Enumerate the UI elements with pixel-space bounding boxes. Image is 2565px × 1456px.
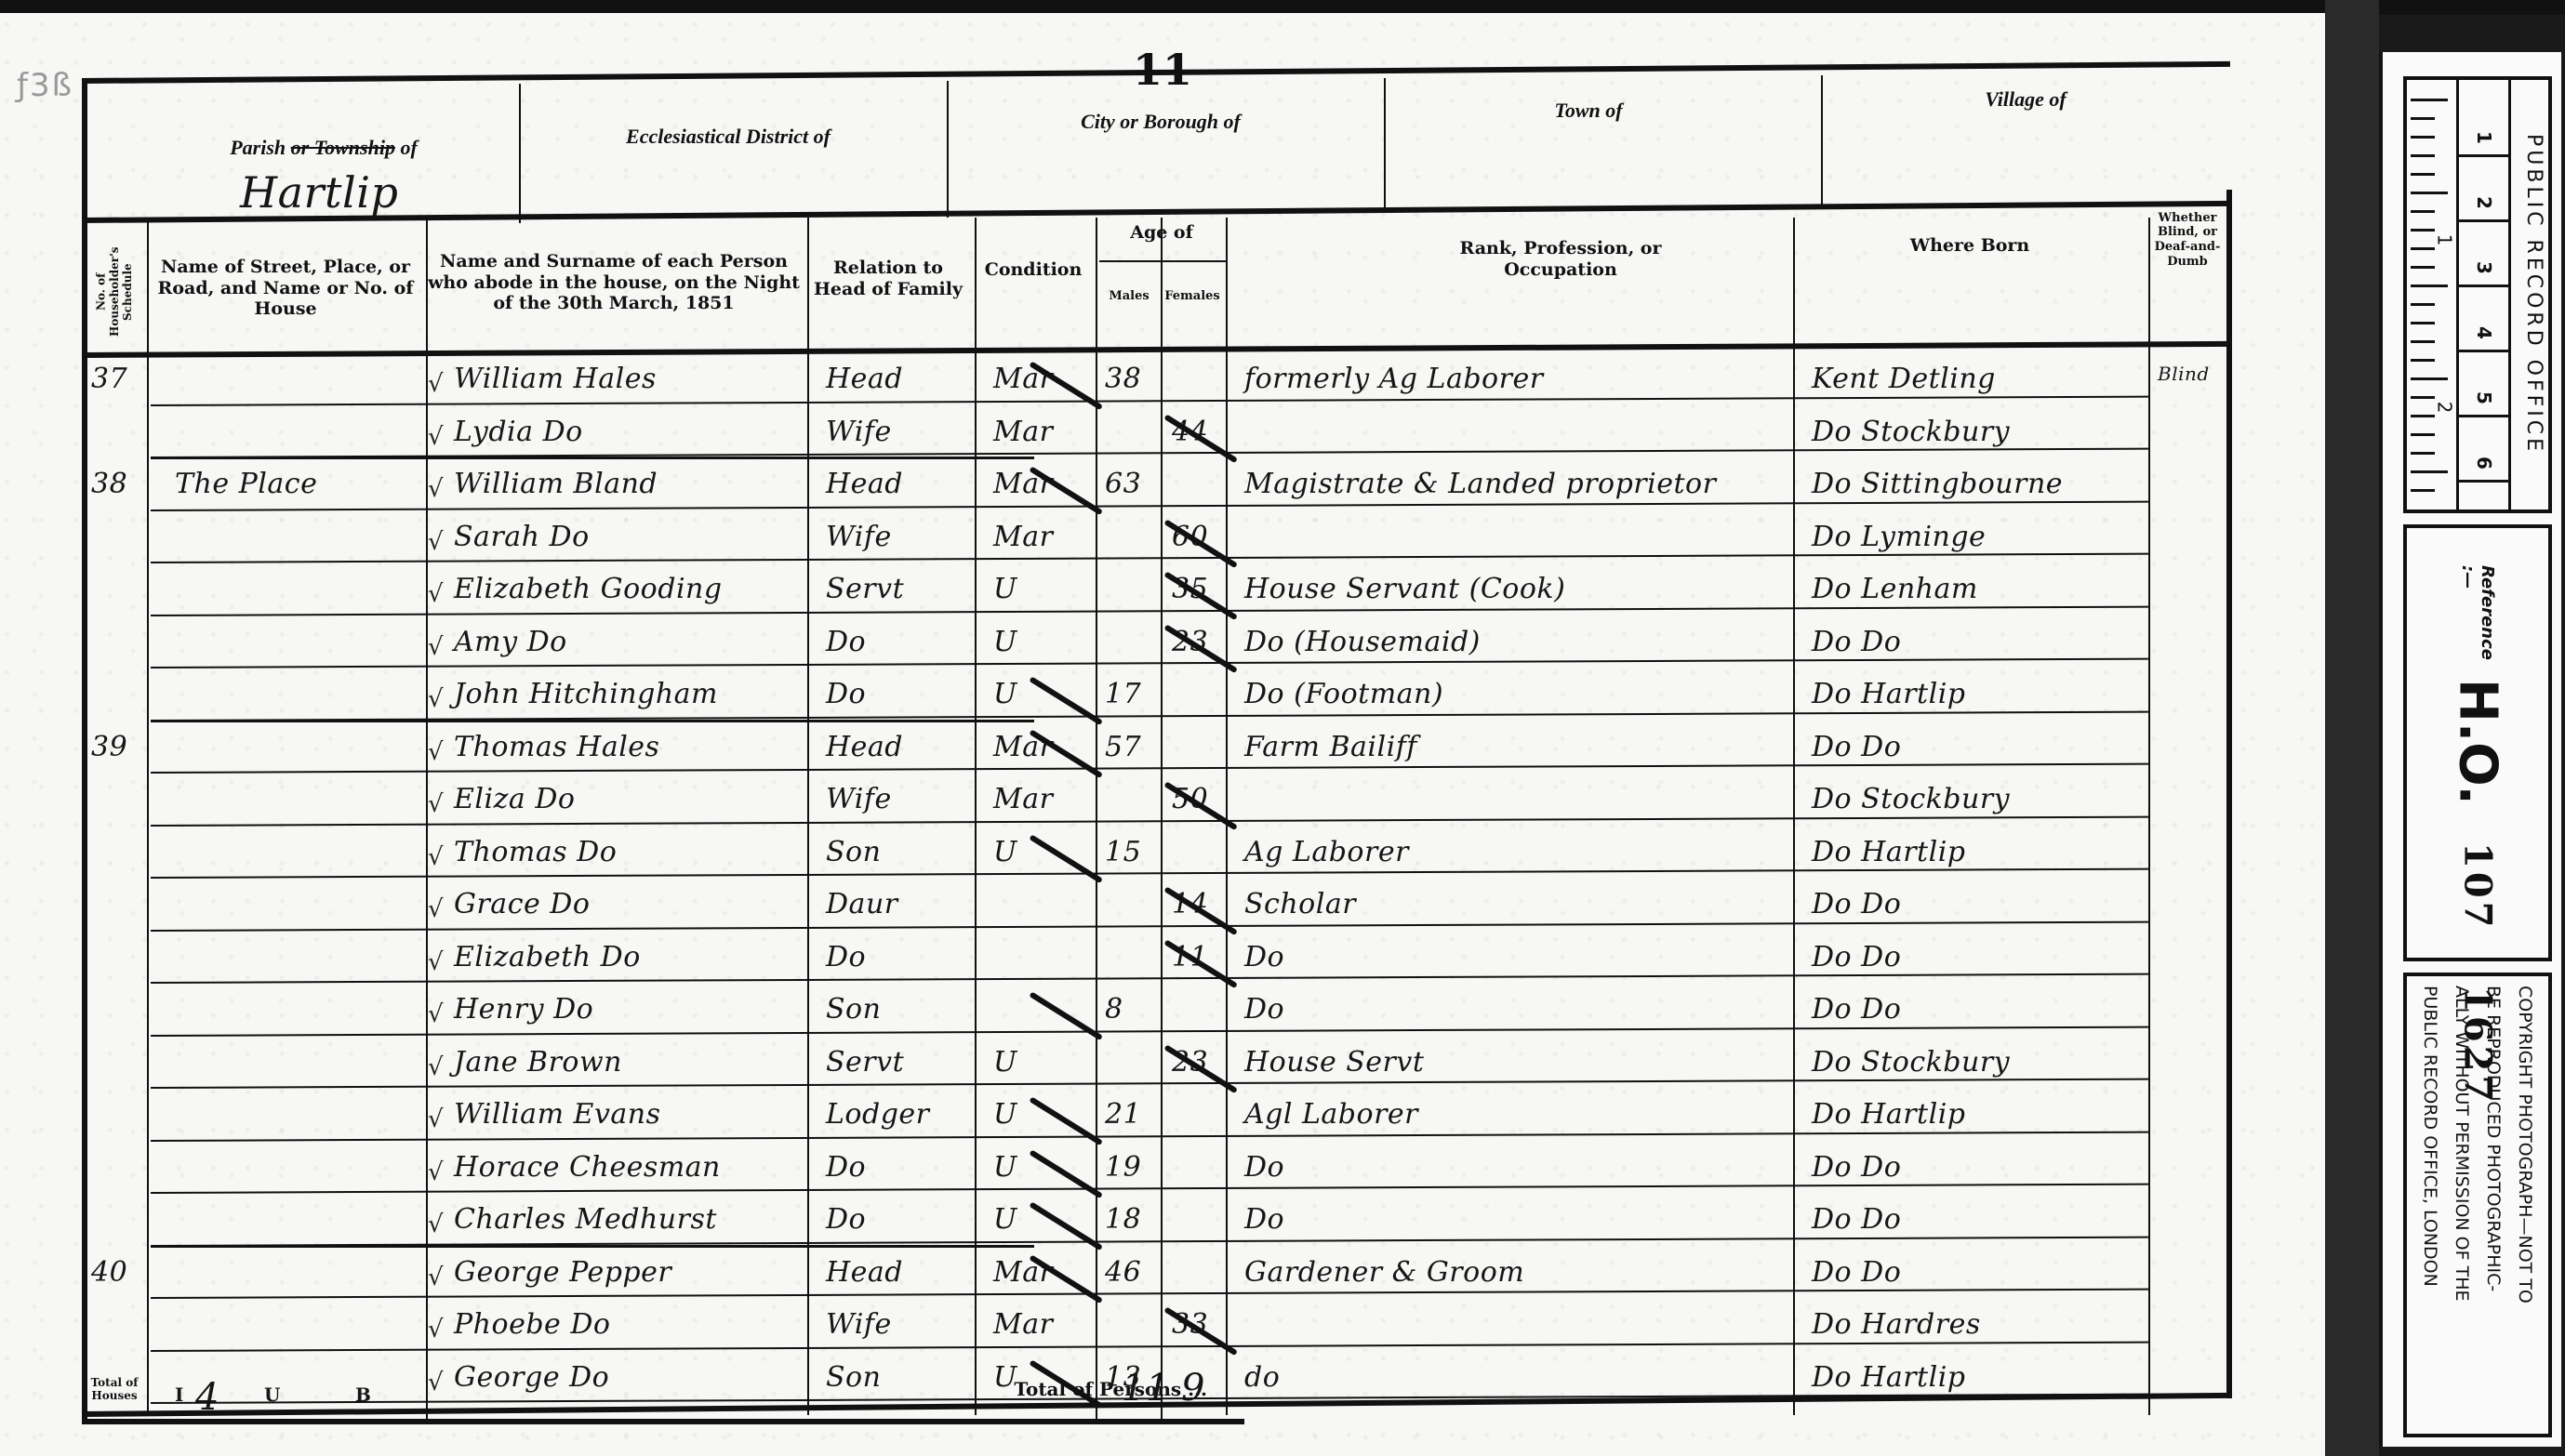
male-age: 21 — [1105, 1098, 1141, 1131]
scale-tick — [2411, 433, 2435, 436]
scale-cm-rule — [2459, 285, 2511, 287]
relation-to-head: Son — [826, 1361, 881, 1394]
marital-condition: Mar — [993, 416, 1053, 448]
row-rule — [151, 973, 2148, 984]
scale-cm-rule — [2459, 219, 2511, 222]
tally-stroke — [1029, 834, 1103, 883]
male-age: 19 — [1105, 1151, 1141, 1184]
occupation: Do (Housemaid) — [1244, 626, 1481, 658]
check-mark-icon: √ — [428, 1369, 444, 1396]
birthplace: Do Lyminge — [1812, 521, 1986, 553]
occupation: Ag Laborer — [1244, 836, 1409, 868]
male-age: 17 — [1105, 678, 1141, 710]
person-name: Jane Brown — [454, 1046, 622, 1079]
check-mark-icon: √ — [428, 1211, 444, 1238]
scale-tick — [2411, 192, 2448, 194]
check-mark-icon: √ — [428, 580, 444, 608]
scale-tick — [2411, 210, 2435, 213]
scale-tick — [2411, 247, 2435, 250]
occupation: do — [1244, 1361, 1280, 1394]
scale-tick — [2411, 136, 2435, 139]
marital-condition: U — [993, 836, 1017, 868]
check-mark-icon: √ — [428, 1316, 444, 1343]
person-name: Phoebe Do — [454, 1308, 610, 1341]
col-head-females: Females — [1161, 264, 1224, 329]
scale-tick — [2411, 285, 2448, 287]
pro-title: PUBLIC RECORD OFFICE — [2511, 80, 2556, 510]
person-name: Charles Medhurst — [454, 1203, 717, 1236]
check-mark-icon: √ — [428, 685, 444, 713]
scale-tick — [2411, 266, 2435, 269]
male-age: 38 — [1105, 363, 1141, 395]
row-rule — [151, 920, 2148, 931]
scale-tick — [2411, 117, 2435, 120]
occupation: Do (Footman) — [1244, 678, 1443, 710]
person-name: John Hitchingham — [454, 678, 718, 710]
reference-box: Reference :— H.O. 107 1627 — [2403, 524, 2552, 961]
occupation: Do — [1244, 1203, 1284, 1236]
scale-cm-rule — [2459, 350, 2511, 352]
birthplace: Kent Detling — [1812, 363, 1996, 395]
birthplace: Do Do — [1812, 1151, 1901, 1184]
relation-to-head: Daur — [826, 888, 898, 920]
occupation: Farm Bailiff — [1244, 731, 1417, 763]
check-mark-icon: √ — [428, 528, 444, 556]
person-name: William Bland — [454, 468, 658, 500]
scale-tick — [2411, 99, 2448, 101]
scale-tick — [2411, 359, 2435, 362]
column-rule — [1226, 218, 1228, 1415]
male-age: 8 — [1105, 993, 1123, 1026]
check-mark-icon: √ — [428, 370, 444, 398]
male-age: 46 — [1105, 1256, 1141, 1289]
relation-to-head: Do — [826, 1151, 866, 1184]
occupation: Do — [1244, 941, 1284, 973]
right-border — [2226, 190, 2232, 1398]
scale-tick — [2411, 470, 2448, 473]
relation-to-head: Wife — [826, 416, 892, 448]
birthplace: Do Do — [1812, 1203, 1901, 1236]
relation-to-head: Head — [826, 1256, 903, 1289]
check-mark-icon: √ — [428, 1053, 444, 1081]
census-form: Parish or Township of Hartlip Ecclesiast… — [82, 78, 2230, 1426]
scale-inch-label: 2 — [2433, 402, 2455, 414]
row-rule — [151, 763, 2148, 774]
tally-stroke — [1029, 676, 1103, 725]
check-mark-icon: √ — [428, 948, 444, 976]
col-head-street: Name of Street, Place, or Road, and Name… — [151, 223, 420, 353]
copyright-line: ALLY WITHOUT PERMISSION OF THE — [2446, 986, 2478, 1424]
male-age: 57 — [1105, 731, 1141, 763]
tally-stroke — [1029, 1201, 1103, 1251]
birthplace: Do Do — [1812, 888, 1901, 920]
col-head-schedule: No. of Householder's Schedule — [86, 227, 143, 357]
relation-to-head: Servt — [826, 1046, 904, 1079]
relation-to-head: Do — [826, 678, 866, 710]
col-head-name: Name and Surname of each Person who abod… — [428, 218, 800, 348]
left-border — [82, 78, 87, 1424]
row-rule — [151, 1079, 2148, 1089]
col-head-where-born: Where Born — [1793, 180, 2146, 311]
birthplace: Do Do — [1812, 731, 1901, 763]
birthplace: Do Hartlip — [1812, 1361, 1966, 1394]
relation-to-head: Head — [826, 468, 903, 500]
scale-tick — [2411, 229, 2435, 232]
occupation: formerly Ag Laborer — [1244, 363, 1544, 395]
col-head-blind-deaf: Whether Blind, or Deaf-and-Dumb — [2148, 175, 2226, 305]
measuring-scale: 12 123456 PUBLIC RECORD OFFICE — [2403, 76, 2552, 513]
relation-to-head: Head — [826, 363, 903, 395]
check-mark-icon: √ — [428, 738, 444, 766]
scale-tick — [2411, 452, 2435, 455]
scale-ticks: 12 — [2407, 80, 2459, 510]
town-label: Town of — [1384, 99, 1793, 123]
male-age: 63 — [1105, 468, 1141, 500]
occupation: Do — [1244, 1151, 1284, 1184]
relation-to-head: Lodger — [826, 1098, 930, 1131]
schedule-number: 40 — [91, 1256, 127, 1289]
copyright-line: PUBLIC RECORD OFFICE, LONDON — [2414, 986, 2446, 1424]
person-name: William Hales — [454, 363, 657, 395]
header-separator — [947, 81, 949, 218]
check-mark-icon: √ — [428, 895, 444, 923]
person-name: Horace Cheesman — [454, 1151, 721, 1184]
birthplace: Do Hartlip — [1812, 836, 1966, 868]
birthplace: Do Stockbury — [1812, 783, 2010, 815]
scale-cm-label: 6 — [2473, 457, 2495, 470]
person-name: George Pepper — [454, 1256, 671, 1289]
row-rule — [151, 553, 2148, 563]
row-rule — [151, 395, 2148, 405]
relation-to-head: Wife — [826, 521, 892, 553]
occupation: Do — [1244, 993, 1284, 1026]
birthplace: Do Hartlip — [1812, 678, 1966, 710]
col-head-relation: Relation to Head of Family — [809, 214, 967, 344]
row-rule — [151, 658, 2148, 668]
total-houses-label: Total of Houses — [86, 1361, 143, 1417]
check-mark-icon: √ — [428, 1264, 444, 1291]
check-mark-icon: √ — [428, 633, 444, 661]
scale-numbers: 123456 — [2459, 80, 2511, 510]
footer-rule — [82, 1419, 1244, 1424]
relation-to-head: Head — [826, 731, 903, 763]
occupation: Agl Laborer — [1244, 1098, 1418, 1131]
person-name: William Evans — [454, 1098, 661, 1131]
copyright-line: BE REPRODUCED PHOTOGRAPHIC- — [2478, 986, 2509, 1424]
footer-column-rule — [426, 1415, 428, 1419]
row-rule — [151, 868, 2148, 879]
marital-condition: Mar — [993, 783, 1053, 815]
marital-condition: U — [993, 678, 1017, 710]
scale-tick — [2411, 322, 2435, 324]
person-name: Elizabeth Do — [454, 941, 641, 973]
check-mark-icon: √ — [428, 475, 444, 503]
header-separator — [1384, 78, 1386, 212]
birthplace: Do Do — [1812, 626, 1901, 658]
row-rule — [151, 1184, 2148, 1194]
ecclesiastical-district-label: Ecclesiastical District of — [519, 125, 937, 149]
schedule-number: 39 — [91, 731, 127, 763]
village-label: Village of — [1821, 87, 2230, 112]
city-borough-label: City or Borough of — [956, 110, 1365, 134]
relation-to-head: Servt — [826, 573, 904, 605]
person-name: Henry Do — [454, 993, 593, 1026]
birthplace: Do Hartlip — [1812, 1098, 1966, 1131]
marital-condition: Mar — [993, 1256, 1053, 1289]
reference-label: Reference :— — [2458, 565, 2497, 660]
scale-cm-rule — [2459, 415, 2511, 417]
scale-cm-label: 3 — [2473, 261, 2495, 274]
corner-mark: ƒ3ß — [17, 67, 73, 104]
row-rule — [151, 500, 2148, 510]
male-age: 15 — [1105, 836, 1141, 868]
parish-label: Parish or Township of — [138, 136, 510, 160]
schedule-number: 37 — [91, 363, 127, 395]
birthplace: Do Hardres — [1812, 1308, 1981, 1341]
household-divider — [151, 457, 1034, 459]
parish-value: Hartlip — [240, 167, 398, 218]
scale-tick — [2411, 340, 2435, 343]
header-separator — [1821, 75, 1823, 206]
scale-tick — [2411, 396, 2435, 399]
marital-condition: U — [993, 1203, 1017, 1236]
occupation: Scholar — [1244, 888, 1356, 920]
relation-to-head: Wife — [826, 783, 892, 815]
scale-tick — [2411, 415, 2435, 417]
relation-to-head: Wife — [826, 1308, 892, 1341]
row-rule — [151, 1026, 2148, 1036]
household-divider — [151, 720, 1034, 722]
birthplace: Do Lenham — [1812, 573, 1978, 605]
col-head-condition: Condition — [977, 214, 1090, 325]
marital-condition: Mar — [993, 731, 1053, 763]
column-rule — [1161, 218, 1163, 1415]
row-rule — [151, 1289, 2148, 1299]
scale-cm-label: 2 — [2473, 196, 2495, 209]
occupation: Magistrate & Landed proprietor — [1244, 468, 1716, 500]
check-mark-icon: √ — [428, 423, 444, 451]
row-rule — [151, 815, 2148, 826]
marital-condition: U — [993, 1361, 1017, 1394]
marital-condition: U — [993, 1046, 1017, 1079]
street-name: The Place — [175, 468, 317, 500]
occupation: House Servt — [1244, 1046, 1424, 1079]
person-name: Thomas Do — [454, 836, 617, 868]
row-rule — [151, 1341, 2148, 1351]
birthplace: Do Do — [1812, 1256, 1901, 1289]
birthplace: Do Stockbury — [1812, 416, 2010, 448]
person-name: Amy Do — [454, 626, 567, 658]
person-name: Sarah Do — [454, 521, 590, 553]
check-mark-icon: √ — [428, 1000, 444, 1028]
copyright-line: COPYRIGHT PHOTOGRAPH—NOT TO — [2509, 986, 2541, 1424]
check-mark-icon: √ — [428, 1158, 444, 1186]
scale-cm-label: 1 — [2473, 131, 2495, 144]
public-record-office-strip: 12 123456 PUBLIC RECORD OFFICE Reference… — [2379, 52, 2561, 1447]
tally-stroke — [1029, 991, 1103, 1040]
row-rule — [151, 1131, 2148, 1141]
check-mark-icon: √ — [428, 1105, 444, 1133]
column-rule — [975, 218, 977, 1415]
scale-tick — [2411, 173, 2435, 176]
scale-cm-label: 5 — [2473, 391, 2495, 404]
male-age: 13 — [1105, 1361, 1141, 1394]
person-name: Thomas Hales — [454, 731, 659, 763]
tally-stroke — [1029, 1149, 1103, 1198]
column-rule — [1096, 218, 1097, 1415]
scale-tick — [2411, 377, 2448, 380]
relation-to-head: Son — [826, 836, 881, 868]
check-mark-icon: √ — [428, 790, 444, 818]
reference-code: H.O. — [2448, 679, 2508, 805]
relation-to-head: Do — [826, 626, 866, 658]
scale-cm-rule — [2459, 154, 2511, 157]
marital-condition: U — [993, 626, 1017, 658]
marital-condition: Mar — [993, 1308, 1053, 1341]
footer-column-rule — [1161, 1415, 1163, 1419]
footer-column-rule — [1096, 1415, 1097, 1419]
column-rule — [807, 218, 809, 1415]
person-name: Grace Do — [454, 888, 590, 920]
scale-inch-label: 1 — [2433, 234, 2455, 246]
scale-cm-label: 4 — [2473, 326, 2495, 339]
scale-tick — [2411, 303, 2435, 306]
occupation: House Servant (Cook) — [1244, 573, 1565, 605]
column-rule — [2148, 218, 2150, 1415]
relation-to-head: Son — [826, 993, 881, 1026]
marital-condition: Mar — [993, 468, 1053, 500]
marital-condition: Mar — [993, 363, 1053, 395]
row-rule — [151, 605, 2148, 615]
male-age: 18 — [1105, 1203, 1141, 1236]
birthplace: Do Do — [1812, 993, 1901, 1026]
birthplace: Do Do — [1812, 941, 1901, 973]
reference-piece: 107 — [2456, 842, 2500, 932]
birthplace: Do Sittingbourne — [1812, 468, 2063, 500]
blind-deaf-entry: Blind — [2158, 363, 2210, 385]
copyright-notice: COPYRIGHT PHOTOGRAPH—NOT TOBE REPRODUCED… — [2403, 973, 2552, 1437]
column-rule — [147, 218, 149, 1415]
scan-dark-margin — [2325, 0, 2379, 1456]
age-subdivider — [1099, 260, 1226, 262]
marital-condition: U — [993, 573, 1017, 605]
tally-stroke — [1029, 1096, 1103, 1145]
person-name: Lydia Do — [454, 416, 583, 448]
birthplace: Do Stockbury — [1812, 1046, 2010, 1079]
schedule-number: 38 — [91, 468, 127, 500]
person-name: George Do — [454, 1361, 609, 1394]
check-mark-icon: √ — [428, 843, 444, 871]
person-name: Eliza Do — [454, 783, 575, 815]
census-page: ƒ3ß 11 Parish or Township of Hartlip Ecc… — [0, 13, 2325, 1456]
marital-condition: Mar — [993, 521, 1053, 553]
occupation: Gardener & Groom — [1244, 1256, 1524, 1289]
scale-tick — [2411, 154, 2435, 157]
household-divider — [151, 1245, 1034, 1248]
marital-condition: U — [993, 1151, 1017, 1184]
header-separator — [519, 84, 521, 223]
col-head-males: Males — [1099, 264, 1159, 329]
relation-to-head: Do — [826, 941, 866, 973]
relation-to-head: Do — [826, 1203, 866, 1236]
scale-tick — [2411, 489, 2435, 492]
person-name: Elizabeth Gooding — [454, 573, 723, 605]
scale-cm-rule — [2459, 480, 2511, 483]
marital-condition: U — [993, 1098, 1017, 1131]
